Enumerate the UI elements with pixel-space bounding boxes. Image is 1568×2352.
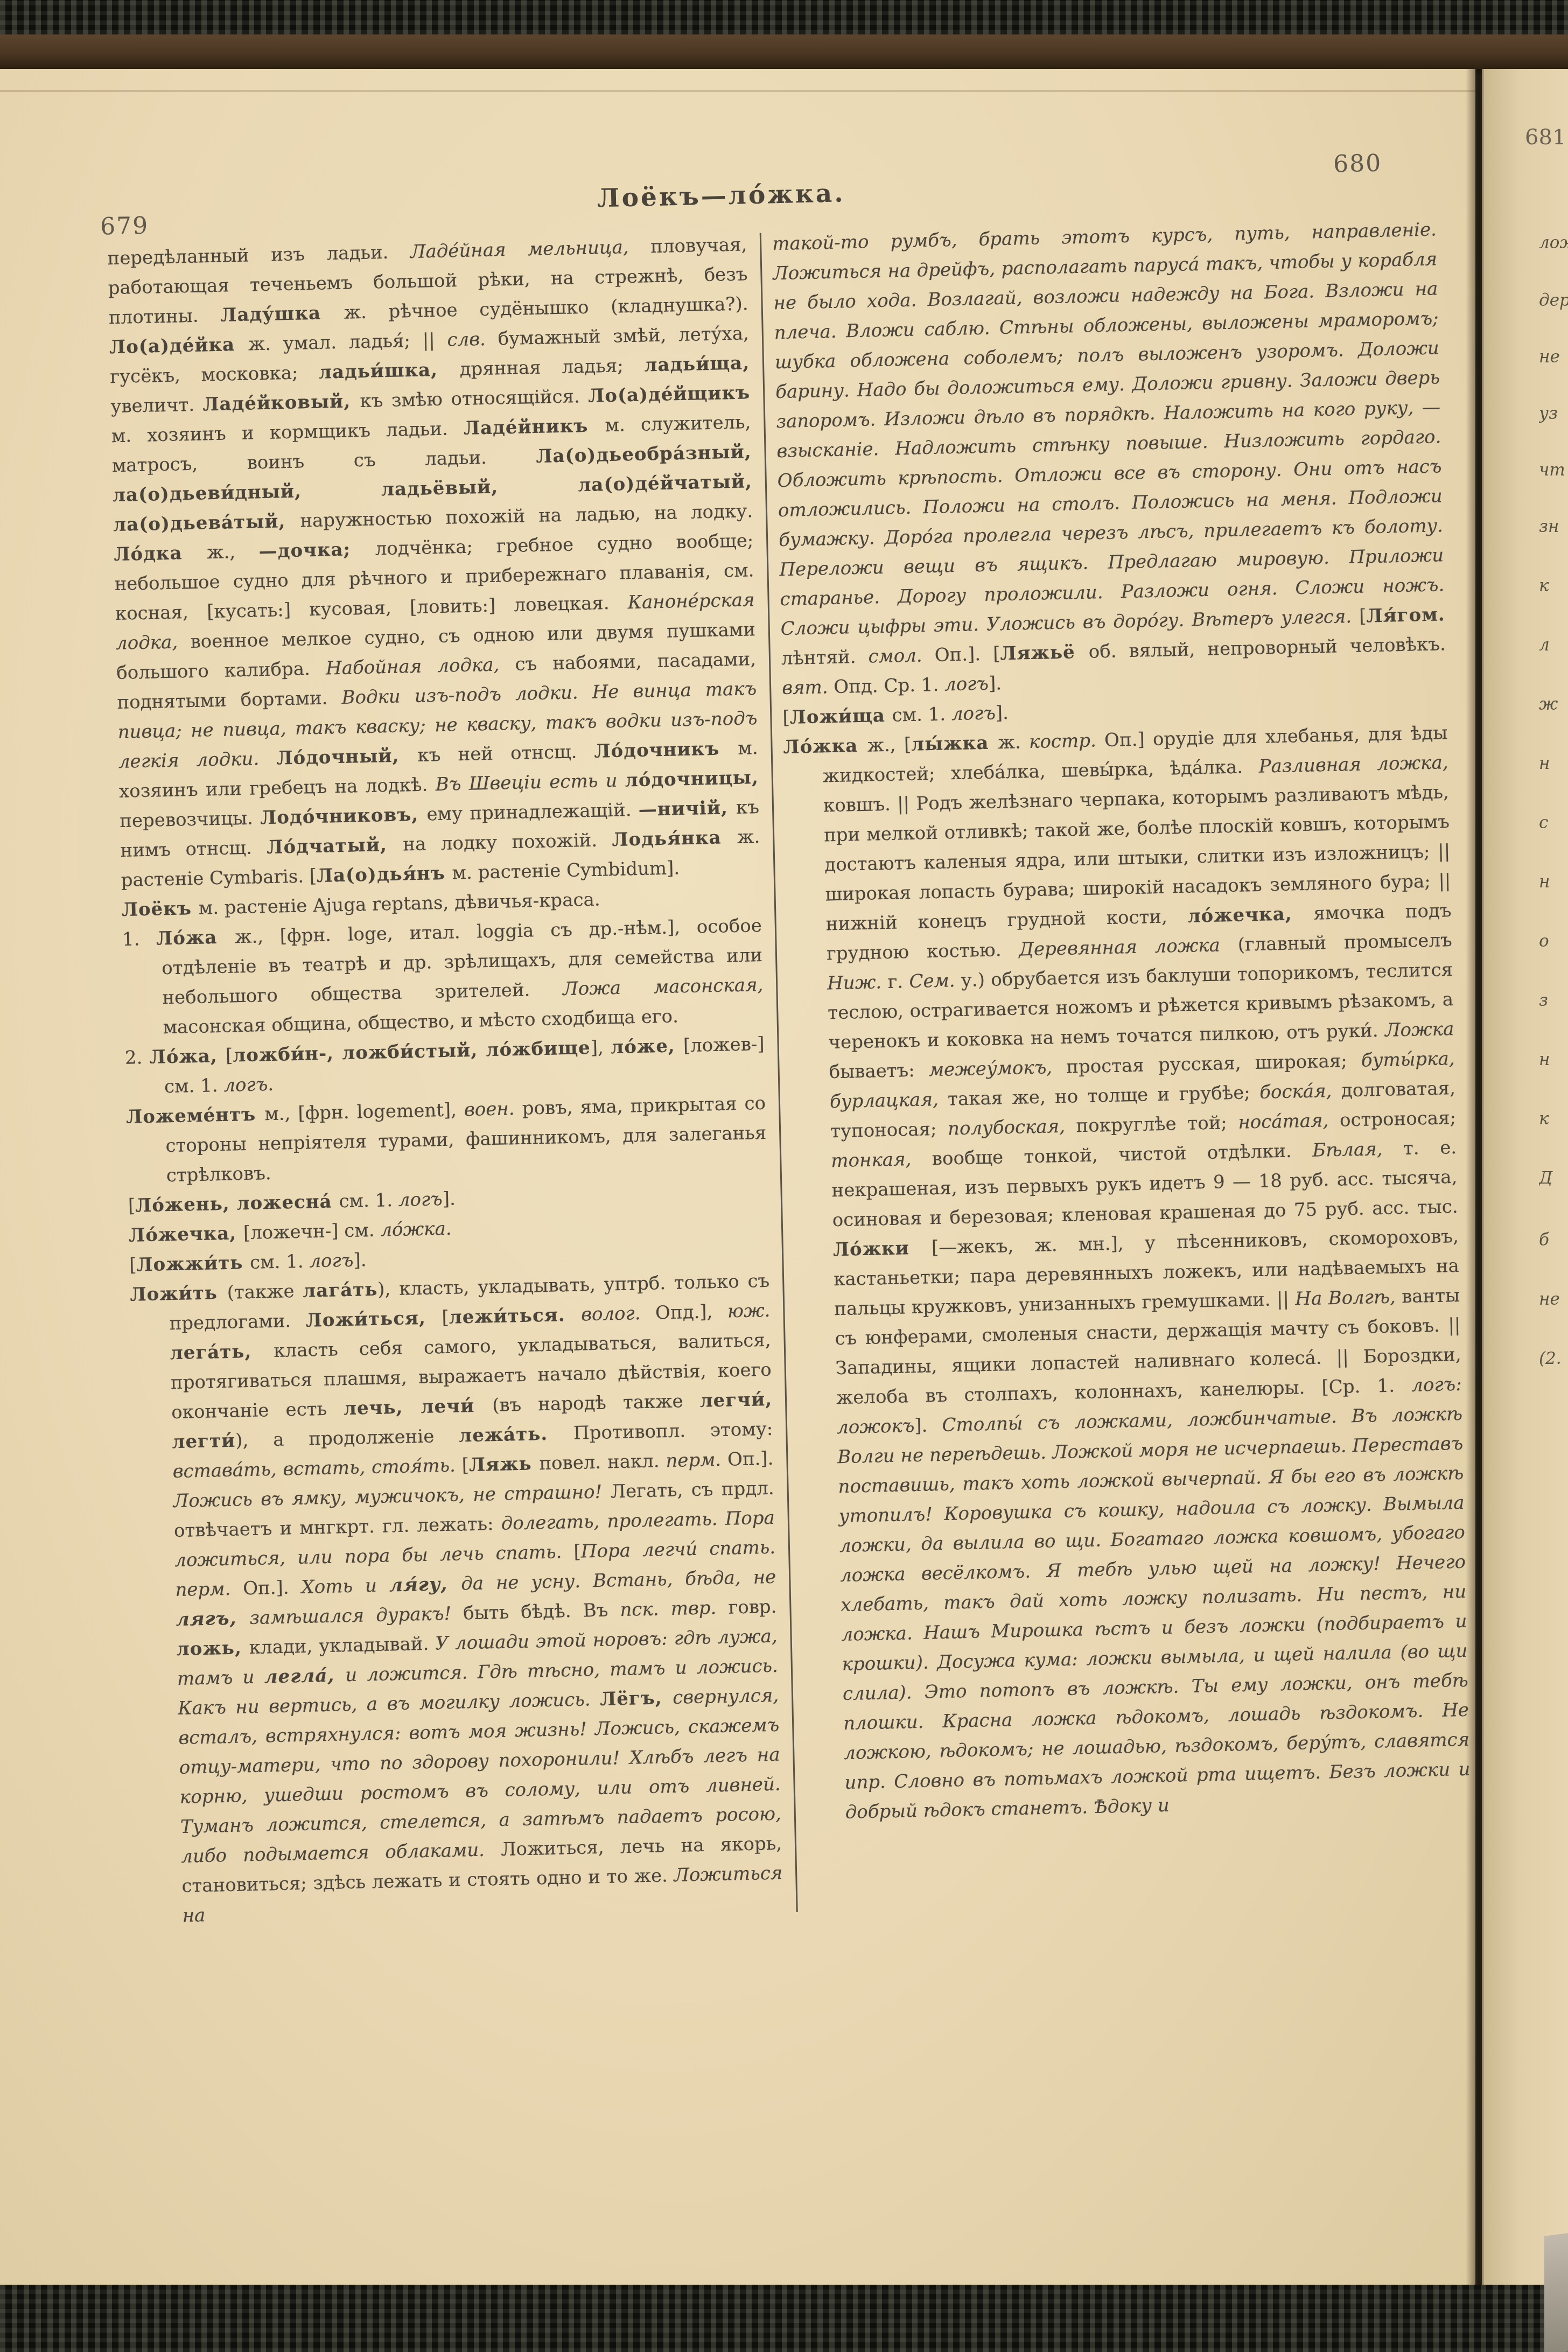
example-text: боска́я, xyxy=(1259,1080,1341,1103)
example-text: Ложа масонская, xyxy=(563,974,764,1000)
definition-text: ]. xyxy=(995,702,1009,724)
example-text: Разливная ложка, xyxy=(1258,752,1448,778)
example-text: замѣшался дуракъ! xyxy=(249,1602,464,1629)
definition-text: (въ народѣ также xyxy=(492,1390,700,1416)
headword-text: Ло́жка xyxy=(783,735,867,758)
definition-text: увеличт. xyxy=(110,394,203,417)
headword-text: Ляжь xyxy=(469,1453,540,1476)
example-text: перм. xyxy=(666,1449,727,1472)
adjacent-page-text-fragment: н xyxy=(1539,754,1568,773)
definition-text: простая русская, широкая; xyxy=(1066,1050,1361,1078)
adjacent-page-text-fragment: дер xyxy=(1539,291,1568,310)
definition-text: м. растеніе Cymbidum]. xyxy=(452,857,680,884)
adjacent-page-text-fragment: л xyxy=(1539,635,1568,655)
definition-text: м. хозяинъ и кормщикъ ладьи. xyxy=(111,418,464,447)
definition-text: м. растеніе Ajuga reptans, дѣвичья-краса… xyxy=(198,889,600,919)
headword-text: ложь, xyxy=(176,1637,249,1660)
example-text: Ниж. xyxy=(827,971,888,994)
definition-text: говр. xyxy=(728,1596,777,1619)
adjacent-page-text-fragment: с xyxy=(1539,813,1568,832)
definition-text: перевозчицы. xyxy=(120,807,261,832)
definition-text: Оп.]. [ xyxy=(934,643,1000,666)
dictionary-entry: передѣланный изъ ладьи. Ладе́йная мельни… xyxy=(107,230,761,895)
headword-text: Лодо́чниковъ, xyxy=(260,804,427,829)
adjacent-page-text-fragment: н xyxy=(1539,872,1568,892)
definition-text: (также xyxy=(227,1280,303,1304)
headword-text: Ло́дчатый, xyxy=(267,834,403,859)
example-text: да не усну. Встань, бѣда, не xyxy=(461,1566,776,1595)
headword-text: Ладу́шка xyxy=(220,302,344,326)
definition-text: [ложечн-] см. xyxy=(243,1220,380,1244)
adjacent-page-text-fragment: ж xyxy=(1539,695,1568,714)
headword-text: Ладе́йковый, xyxy=(202,390,360,415)
definition-text: быть бѣдѣ. Въ xyxy=(463,1599,620,1624)
headword-text: Ложи́ща xyxy=(789,705,892,729)
headword-text: Ло́дка xyxy=(114,542,207,565)
headword-text: ладьи́шка, xyxy=(319,359,460,383)
dictionary-entry: Ло́жка ж., [лы́жка ж. костр. Оп.] орудіе… xyxy=(783,718,1471,1828)
headword-text: Ло́жа, xyxy=(149,1045,226,1068)
left-column: передѣланный изъ ладьи. Ладе́йная мельни… xyxy=(107,230,783,1931)
headword-text: Ло́дочникъ xyxy=(594,738,738,762)
definition-text: дрянная ладья; xyxy=(459,355,645,380)
adjacent-page-text-fragment: н xyxy=(1539,1050,1568,1069)
example-text: лягъ, xyxy=(176,1607,250,1630)
example-text: воен. xyxy=(464,1098,523,1121)
definition-text: [ xyxy=(782,707,790,729)
headword-text: Ляжьё xyxy=(1000,641,1089,665)
book-cover-cloth-top xyxy=(0,0,1568,34)
adjacent-page-text-fragment: чт xyxy=(1539,460,1568,480)
headword-text: Лёгъ, xyxy=(600,1687,673,1710)
adjacent-page-text-fragment: Д xyxy=(1539,1168,1568,1188)
definition-text: къ ней отнсщ. xyxy=(417,741,594,766)
headword-text: —дочка; xyxy=(258,538,375,563)
headword-text: Ло́жечка, xyxy=(129,1222,244,1247)
adjacent-page-text-fragment: лож xyxy=(1539,233,1568,253)
adjacent-page-text-fragment: уз xyxy=(1539,404,1568,423)
adjacent-page-text-fragment: (2. xyxy=(1539,1349,1568,1368)
example-text: На Волгѣ, xyxy=(1295,1286,1402,1310)
definition-text: (главный промыселъ xyxy=(1237,929,1452,956)
example-text: вят. xyxy=(782,676,834,699)
example-text: юж. xyxy=(727,1300,771,1322)
headword-text: —ничій, xyxy=(638,797,736,821)
definition-text: . xyxy=(268,1074,274,1095)
definition-text: остроносая; xyxy=(1340,1107,1457,1131)
example-text: Ложка xyxy=(1385,1018,1454,1041)
definition-text: ]. xyxy=(353,1249,367,1271)
headword-text: Ложжи́ть xyxy=(136,1252,250,1276)
definition-text: бываетъ: xyxy=(829,1059,929,1083)
example-text: ло́жка. xyxy=(380,1218,452,1241)
definition-text: передѣланный изъ ладьи. xyxy=(107,241,410,269)
definition-text: такая же, но толще и грубѣе; xyxy=(948,1082,1260,1110)
example-text: логъ xyxy=(951,702,996,725)
definition-text: лѣнтяй. xyxy=(781,646,869,670)
example-text: Хоть и xyxy=(301,1574,389,1598)
example-text: ля́гу, xyxy=(389,1573,461,1596)
definition-text: ж. рѣчное судёнышко (кладнушка?). xyxy=(344,293,748,323)
definition-text: покруглѣе той; xyxy=(1076,1112,1238,1137)
adjacent-page-text-fragment: зн xyxy=(1539,517,1568,536)
definition-text: Оп.]. xyxy=(727,1448,774,1471)
definition-text: г. xyxy=(887,971,909,993)
definition-text: ж., [ xyxy=(867,734,911,757)
headword-text: ло́жечка, xyxy=(1187,903,1314,927)
headword-text: лежи́ться. xyxy=(449,1304,581,1328)
definition-text: Противопл. этому: xyxy=(573,1418,773,1444)
headword-text: ложби́н-, ложби́стый, ло́жбище xyxy=(233,1037,591,1066)
example-text: логъ xyxy=(223,1074,268,1096)
example-text: Ложись въ ямку, мужичокъ, не страшно! xyxy=(173,1481,611,1512)
adjacent-page-text-fragment: не xyxy=(1539,1290,1568,1309)
adjacent-page-text-fragment: б xyxy=(1539,1230,1568,1250)
book-fore-edge xyxy=(1544,2233,1568,2352)
definition-text: об. вялый, непроворный человѣкъ. xyxy=(1088,633,1446,662)
headword-text: Ло́жень, ложесна́ xyxy=(135,1191,339,1216)
definition-text: ж. xyxy=(998,731,1029,753)
example-text: полубоская, xyxy=(948,1115,1076,1139)
headword-text: Ло́жа xyxy=(156,926,235,949)
headword-text: Ладе́йникъ xyxy=(464,415,605,439)
example-text: Сем. xyxy=(909,970,961,992)
definition-text: ), а продолженіе xyxy=(235,1425,459,1452)
example-text: логъ xyxy=(398,1188,443,1211)
example-text: носа́тая, xyxy=(1238,1110,1340,1133)
adjacent-page-text-fragment: к xyxy=(1539,1109,1568,1129)
headword-text: ладьи́ща, xyxy=(644,352,750,376)
example-text: логъ xyxy=(944,673,989,696)
definition-text: вообще тонкой, чистой отдѣлки. xyxy=(932,1140,1312,1170)
headword-text: Ло́дочный, xyxy=(276,745,418,769)
definition-text: повел. накл. xyxy=(539,1450,666,1474)
adjacent-page-text-fragment: к xyxy=(1539,576,1568,596)
example-text: Въ Швеціи есть и xyxy=(435,769,625,795)
definition-text: клади, укладывай. xyxy=(249,1633,435,1659)
example-text: слв. xyxy=(447,328,498,351)
adjacent-page-number: 681 xyxy=(1525,125,1566,150)
definition-text: 2. xyxy=(124,1047,150,1069)
definition-text: [ xyxy=(573,1541,581,1563)
printed-content: 679 Лоёкъ—ло́жка. 680 передѣланный изъ л… xyxy=(0,53,1504,2301)
headword-text: Ла(о)дья́нъ xyxy=(317,863,452,887)
example-text: тонкая, xyxy=(831,1148,932,1172)
example-text: логъ xyxy=(309,1250,354,1272)
definition-text: м., [фрн. logement], xyxy=(264,1099,465,1125)
definition-text: ж., xyxy=(207,541,259,563)
example-text: Бѣлая, xyxy=(1312,1138,1404,1161)
example-text: смол. xyxy=(868,645,935,668)
definition-text: [ xyxy=(442,1307,449,1328)
definition-text: Опд.], xyxy=(655,1301,728,1324)
example-text: Столпы́ съ ложками, ложбинчатые. Въ ложк… xyxy=(837,1403,1471,1823)
definition-text: наружностью похожій на ладью, на лодку. xyxy=(300,500,753,531)
definition-text: см. 1. xyxy=(250,1250,310,1273)
definition-text: ], xyxy=(590,1037,611,1059)
headword-text: Ля́гом. xyxy=(1366,604,1445,627)
definition-text: [ xyxy=(1359,605,1367,627)
definition-text: ]. xyxy=(442,1188,456,1210)
dictionary-entry: Ложеме́нтъ м., [фрн. logement], воен. ро… xyxy=(126,1089,767,1192)
definition-text: Оп.]. xyxy=(243,1577,302,1599)
headword-text: лы́жка xyxy=(911,732,998,755)
definition-text: [ xyxy=(128,1195,135,1217)
right-column: такой-то румбъ, брать этотъ курсъ, путь,… xyxy=(772,215,1473,1917)
example-text: такой-то румбъ, брать этотъ курсъ, путь,… xyxy=(772,219,1445,640)
example-text: волог. xyxy=(581,1302,656,1325)
headword-text: Ло(а)де́йщикъ xyxy=(588,382,751,407)
example-text: легла́, xyxy=(264,1664,345,1688)
headword-text: Ло(а)де́йка xyxy=(109,334,249,359)
example-text: костр. xyxy=(1029,730,1105,753)
headword-text: лежа́ть. xyxy=(459,1423,574,1447)
headword-text: Лоёкъ xyxy=(121,898,199,921)
two-column-text-block: передѣланный изъ ладьи. Ладе́йная мельни… xyxy=(107,215,1477,1931)
headword-text: Ложи́ть xyxy=(130,1282,227,1306)
dictionary-entry: такой-то румбъ, брать этотъ курсъ, путь,… xyxy=(772,215,1447,703)
example-text: Деревянная ложка xyxy=(1019,934,1238,961)
headword-text: Лодья́нка xyxy=(612,827,737,851)
headword-text: Ложи́ться, xyxy=(305,1307,442,1332)
headword-text: ло́же, xyxy=(611,1035,684,1058)
example-text: Набойная лодка, xyxy=(326,654,515,680)
definition-text: къ змѣю относящійся. xyxy=(360,386,588,412)
headword-text: лега́ть, xyxy=(170,1340,274,1364)
headword-text: лага́ть xyxy=(303,1279,378,1302)
headword-text: Ложеме́нтъ xyxy=(126,1103,265,1128)
definition-text: ж. умал. ладья́; || xyxy=(248,330,447,355)
definition-text: 1. xyxy=(122,928,157,950)
adjacent-page-text-fragment: не xyxy=(1539,347,1568,367)
definition-text: [ xyxy=(129,1254,137,1276)
dictionary-entry: Ложи́ть (также лага́ть), класть, укладыв… xyxy=(130,1266,783,1932)
definition-text: ]. xyxy=(914,1415,942,1437)
headword-text: лечь, лечи́ xyxy=(344,1395,493,1419)
definition-text: ему принадлежащій. xyxy=(426,799,639,825)
adjacent-page-text-fragment: з xyxy=(1539,991,1568,1010)
running-title: Лоёкъ—ло́жка. xyxy=(0,165,1459,227)
example-text: межеу́мокъ, xyxy=(929,1056,1067,1081)
dictionary-entry: 1. Ло́жа ж., [фрн. loge, итал. loggia съ… xyxy=(122,911,765,1044)
definition-text: Опд. Ср. 1. xyxy=(834,674,945,698)
definition-text: см. 1. xyxy=(892,703,951,726)
example-text: Ладе́йная мельница, xyxy=(410,236,651,263)
example-text: встава́ть, встать, стоя́ть. xyxy=(172,1454,462,1482)
definition-text: см. 1. xyxy=(339,1189,398,1212)
example-text: пск. твр. xyxy=(620,1597,729,1621)
adjacent-page-text-fragment: о xyxy=(1539,932,1568,951)
headword-text: Ло́жки xyxy=(833,1237,932,1261)
definition-text: ]. xyxy=(989,673,1002,695)
headword-text: ло́дочницы, xyxy=(625,767,759,791)
scanned-book-photo: { "page": { "left_page_number": "679", "… xyxy=(0,0,1568,2352)
definition-text: на лодку похожій. xyxy=(403,829,612,855)
page-number-right: 680 xyxy=(1333,150,1382,178)
